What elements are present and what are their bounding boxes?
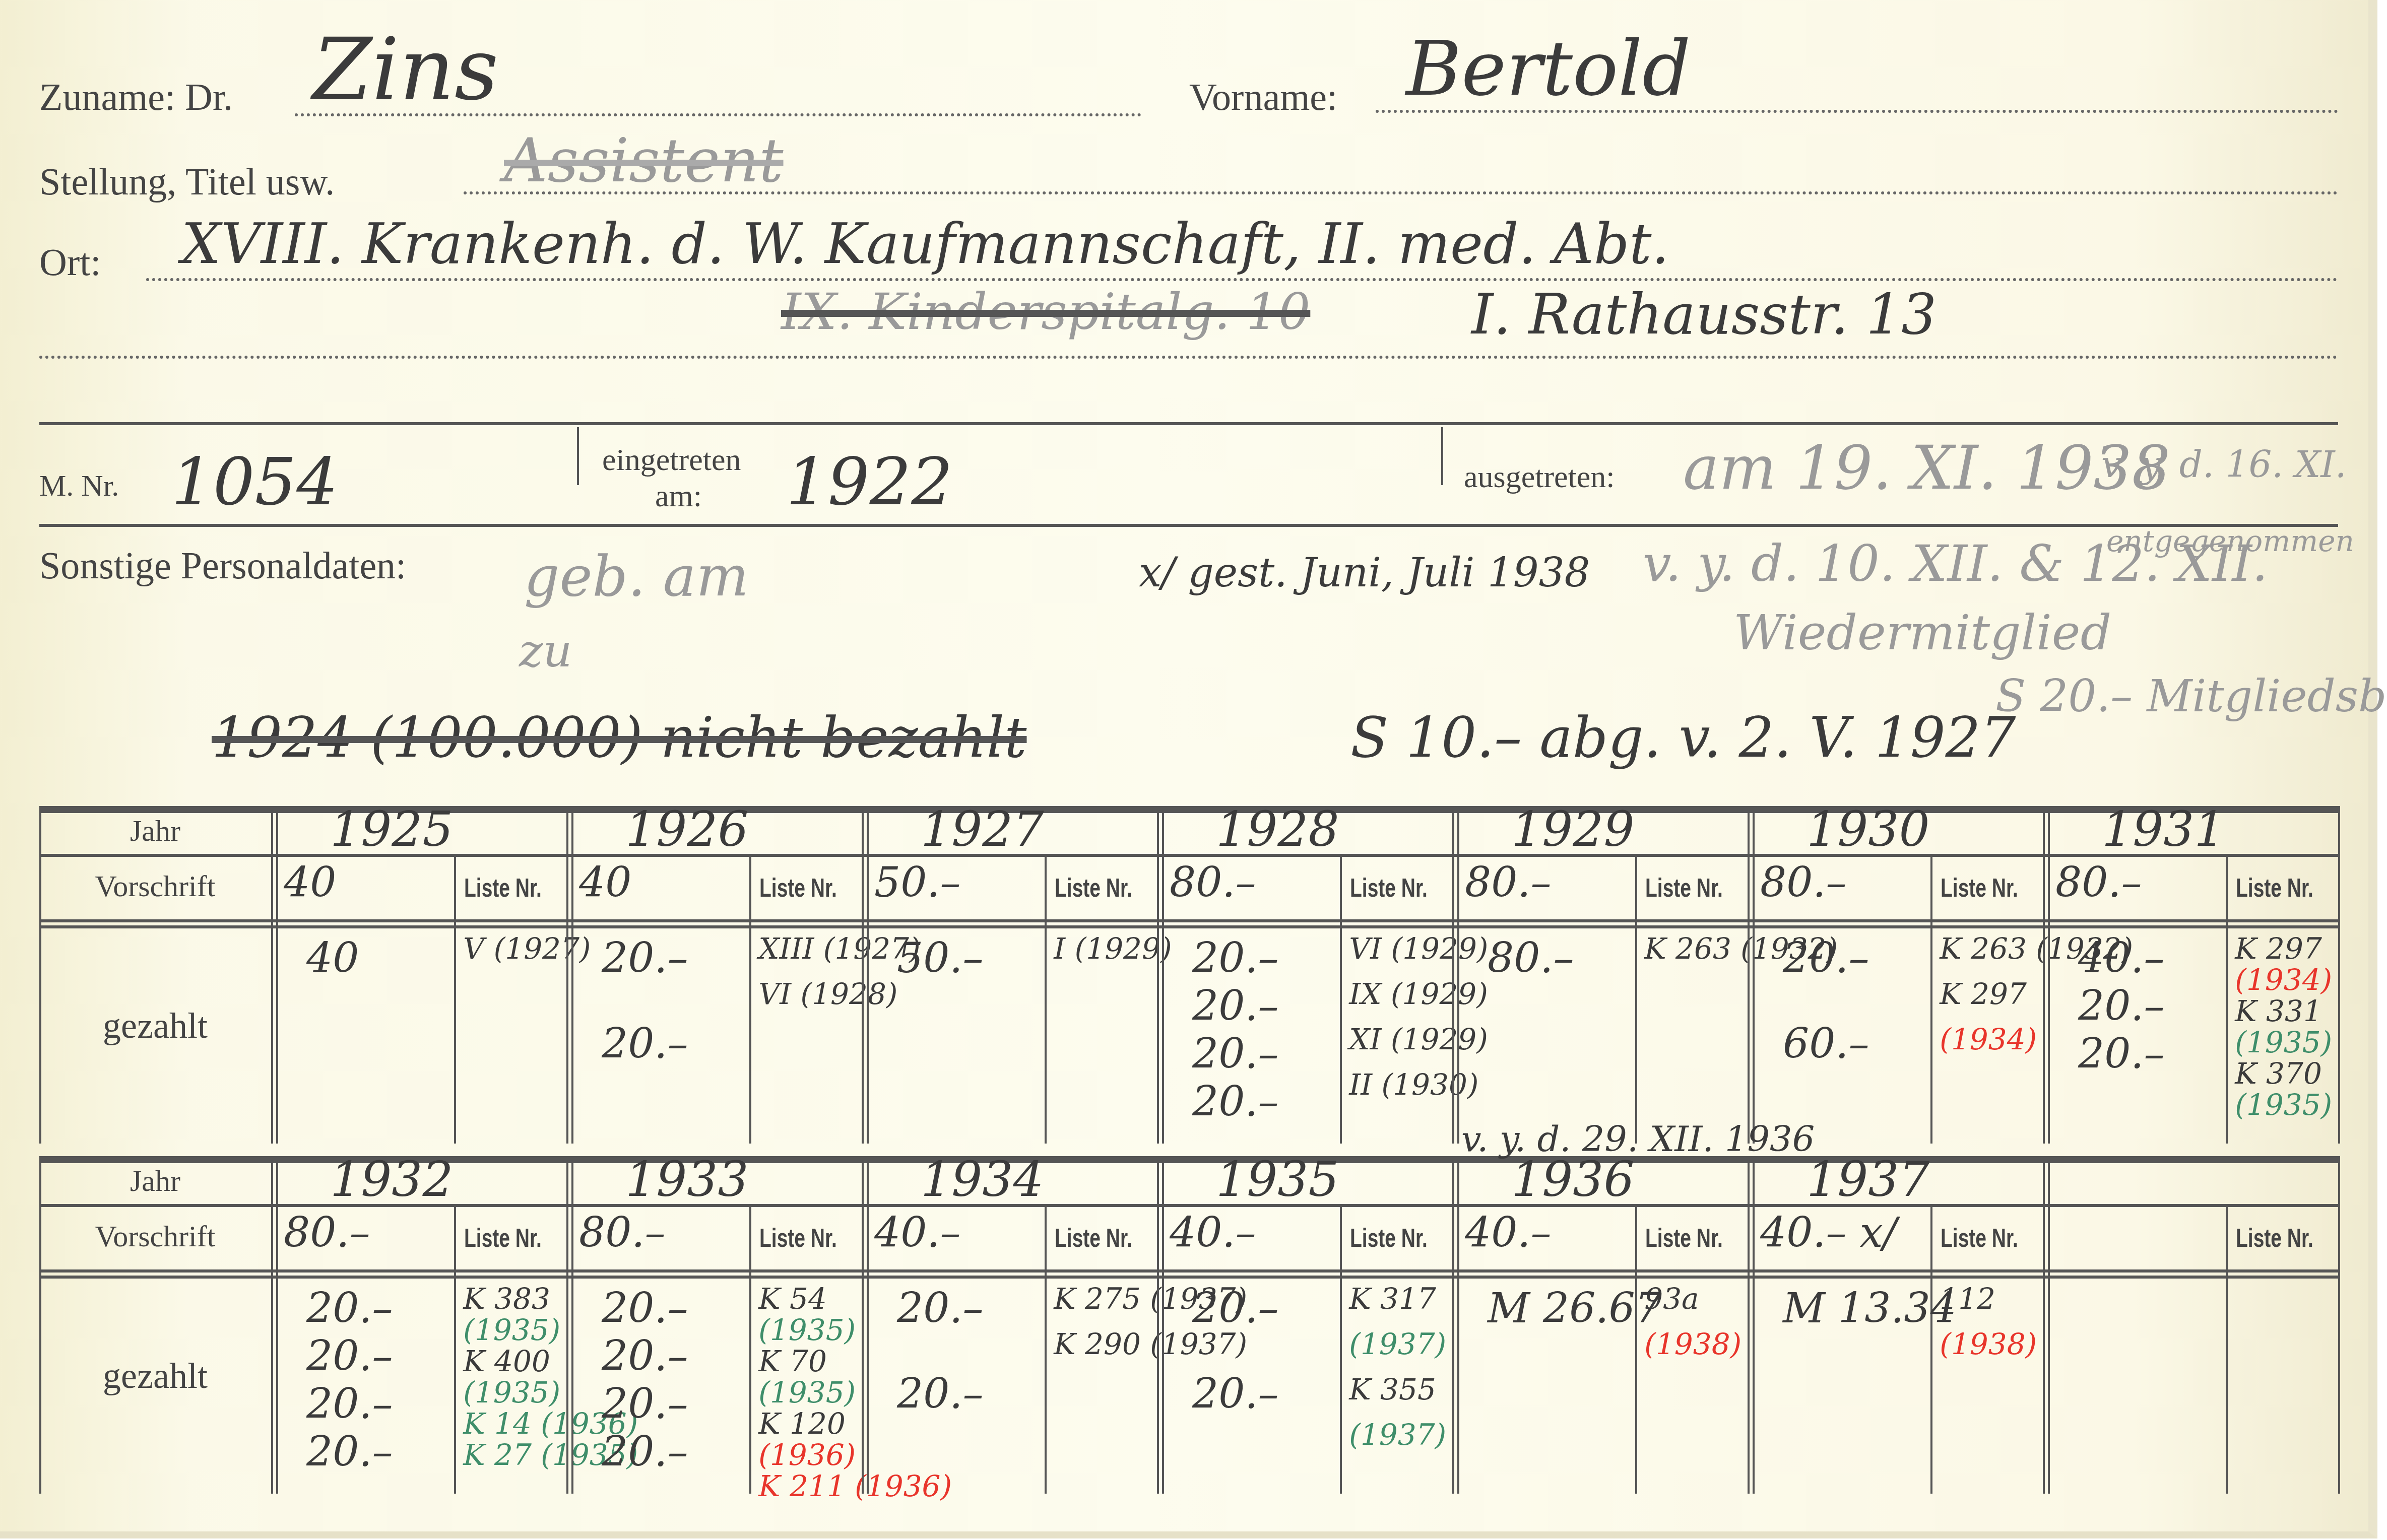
divider <box>39 422 2338 425</box>
required-amount: 40.– <box>1170 1209 1256 1257</box>
required-amount: 40 <box>284 859 336 907</box>
list-reference: K 297 <box>1940 977 2026 1011</box>
paid-amount: 20.– <box>897 1285 983 1332</box>
column-divider <box>571 806 573 1144</box>
row-divider <box>39 1276 2338 1279</box>
list-number-label: Liste Nr. <box>2236 1223 2313 1253</box>
column-divider <box>1157 806 1159 1144</box>
list-number-label: Liste Nr. <box>1350 1223 1428 1253</box>
list-reference: K 54 <box>758 1282 827 1316</box>
column-divider <box>862 1156 864 1494</box>
row-divider <box>39 1269 2338 1273</box>
list-number-label: Liste Nr. <box>1645 1223 1723 1253</box>
list-reference: K 331 <box>2235 994 2321 1028</box>
position-line <box>464 191 2338 194</box>
required-amount: 80.– <box>2055 859 2142 907</box>
note-vyd: v. y. d. 10. XII. & 12. XII. <box>1643 534 2268 593</box>
paid-amount: 50.– <box>897 934 983 982</box>
paid-amount: 20.– <box>1192 934 1278 982</box>
surname-value: Zins <box>312 20 498 120</box>
firstname-label: Vorname: <box>1189 76 1337 119</box>
column-divider <box>276 806 278 1144</box>
required-amount: 80.– <box>284 1209 370 1257</box>
column-divider <box>1157 1156 1159 1494</box>
list-reference: IX (1929) <box>1349 977 1488 1011</box>
column-divider <box>862 806 864 1144</box>
list-reference: K 355 <box>1349 1373 1436 1407</box>
list-reference: K 317 <box>1349 1282 1436 1316</box>
row-label-required: Vorschrift <box>39 1219 271 1254</box>
paid-amount: 20.– <box>602 934 688 982</box>
year-value: 1933 <box>625 1151 748 1208</box>
column-divider <box>867 1156 869 1494</box>
column-divider <box>2048 806 2050 1144</box>
born-label: geb. am <box>524 544 749 609</box>
joined-value: 1922 <box>786 443 953 520</box>
year-value: 1927 <box>921 801 1044 857</box>
paid-amount: 20.– <box>897 1370 983 1418</box>
paid-amount: 20.– <box>602 1380 688 1428</box>
list-reference: K 383 <box>463 1282 550 1316</box>
location-line <box>146 278 2338 281</box>
row-label-paid: gezahlt <box>39 1005 271 1047</box>
born-place-label: zu <box>519 625 572 678</box>
list-number-label: Liste Nr. <box>1055 1223 1132 1253</box>
paid-amount: 20.– <box>306 1380 393 1428</box>
left-label: ausgetreten: <box>1464 459 1615 495</box>
required-amount: 40 <box>579 859 631 907</box>
year-value: 1935 <box>1216 1151 1339 1208</box>
column-divider <box>2043 1156 2045 1494</box>
note-fee: S 20.– Mitgliedsbeitrag <box>1995 670 2387 722</box>
list-reference: VI (1928) <box>758 977 897 1011</box>
row-divider <box>39 919 2338 922</box>
member-no-value: 1054 <box>171 443 338 520</box>
note-rejoined: Wiedermitglied <box>1733 605 2111 661</box>
list-reference: (1936) <box>758 1438 856 1472</box>
paid-amount: M 13.34 <box>1783 1285 1957 1332</box>
subcolumn-divider <box>1340 1204 1342 1494</box>
paid-amount: 20.– <box>602 1285 688 1332</box>
subcolumn-divider <box>454 854 456 1144</box>
list-reference: (1934) <box>1940 1023 2037 1056</box>
list-number-label: Liste Nr. <box>464 873 542 903</box>
list-reference: K 290 (1937) <box>1054 1327 1247 1361</box>
column-divider <box>1457 806 1459 1144</box>
list-reference: XI (1929) <box>1349 1023 1488 1056</box>
subcolumn-divider <box>454 1204 456 1494</box>
location-line-2-struck: IX. Kinderspitalg. 10 <box>781 282 1310 341</box>
required-amount: 50.– <box>874 859 960 907</box>
list-reference: K 120 <box>758 1407 845 1441</box>
column-divider <box>571 1156 573 1494</box>
list-reference: K 70 <box>758 1345 827 1378</box>
column-divider <box>1452 1156 1454 1494</box>
subcolumn-divider <box>749 854 751 1144</box>
extra-line <box>39 356 2338 359</box>
required-amount: 40.– x/ <box>1760 1209 1897 1257</box>
firstname-line <box>1376 110 2338 113</box>
paid-amount: 20.– <box>1192 1285 1278 1332</box>
subcolumn-divider <box>1045 854 1047 1144</box>
paid-amount: 20.– <box>602 1020 688 1068</box>
column-divider <box>566 1156 568 1494</box>
table-border <box>2338 806 2340 1144</box>
row-label-year: Jahr <box>39 1164 271 1198</box>
list-reference: (1937) <box>1349 1418 1446 1452</box>
list-number-label: Liste Nr. <box>1941 873 2018 903</box>
column-divider <box>1748 806 1750 1144</box>
left-value: am 19. XI. 1938 <box>1683 433 2170 503</box>
paid-amount: 20.– <box>1783 934 1869 982</box>
list-reference: (1935) <box>758 1376 856 1410</box>
year-value: 1931 <box>2102 801 2225 857</box>
year-value: 1925 <box>330 801 453 857</box>
list-reference: (1938) <box>1644 1327 1741 1361</box>
year-value: 1934 <box>921 1151 1044 1208</box>
paid-amount: 20.– <box>2078 982 2164 1030</box>
subcolumn-divider <box>749 1204 751 1494</box>
column-divider <box>2048 1156 2050 1494</box>
list-reference: (1937) <box>1349 1327 1446 1361</box>
list-reference: 93a <box>1644 1282 1699 1316</box>
divider <box>577 427 579 485</box>
paid-amount: 20.– <box>602 1428 688 1476</box>
list-reference: K 211 (1936) <box>758 1469 952 1503</box>
list-reference: K 370 <box>2235 1057 2321 1091</box>
paid-amount: 40 <box>306 934 359 982</box>
other-data-label: Sonstige Personaldaten: <box>39 544 406 588</box>
row-divider <box>39 925 2338 928</box>
year-value: 1926 <box>625 801 748 857</box>
paid-amount: 20.– <box>2078 1030 2164 1078</box>
paid-amount: 20.– <box>306 1285 393 1332</box>
member-no-label: M. Nr. <box>39 468 119 503</box>
required-amount: 80.– <box>1170 859 1256 907</box>
surname-line <box>295 113 1141 116</box>
subcolumn-divider <box>2226 1204 2228 1494</box>
subcolumn-divider <box>1930 1204 1932 1494</box>
paid-amount: 40.– <box>2078 934 2164 982</box>
column-divider <box>867 806 869 1144</box>
subcolumn-divider <box>1045 1204 1047 1494</box>
row-label-required: Vorschrift <box>39 869 271 904</box>
firstname-value: Bertold <box>1406 25 1691 113</box>
list-number-label: Liste Nr. <box>1645 873 1723 903</box>
required-amount: 40.– <box>874 1209 960 1257</box>
position-label: Stellung, Titel usw. <box>39 160 335 204</box>
required-amount: 40.– <box>1465 1209 1551 1257</box>
required-amount: 80.– <box>579 1209 665 1257</box>
list-reference: (1938) <box>1940 1327 2037 1361</box>
year-value: 1930 <box>1807 801 1929 857</box>
list-number-label: Liste Nr. <box>464 1223 542 1253</box>
list-reference: (1934) <box>2235 963 2332 997</box>
column-divider <box>1457 1156 1459 1494</box>
year-value: 1928 <box>1216 801 1339 857</box>
list-reference: (1935) <box>758 1313 856 1347</box>
membership-card: Zuname: Dr. Zins Vorname: Bertold Stellu… <box>0 0 2377 1538</box>
column-divider <box>271 806 273 1144</box>
paid-amount: 20.– <box>1192 982 1278 1030</box>
subcolumn-divider <box>2226 854 2228 1144</box>
column-divider <box>1162 806 1164 1144</box>
list-number-label: Liste Nr. <box>759 1223 837 1253</box>
list-number-label: Liste Nr. <box>1055 873 1132 903</box>
list-number-label: Liste Nr. <box>1350 873 1428 903</box>
list-reference: I (1929) <box>1054 932 1172 966</box>
column-divider <box>2043 806 2045 1144</box>
column-divider <box>271 1156 273 1494</box>
note-payment: S 10.– abg. v. 2. V. 1927 <box>1350 705 2016 770</box>
column-divider <box>1748 1156 1750 1494</box>
divider <box>39 524 2338 527</box>
column-divider <box>1753 1156 1755 1494</box>
list-reference: K 297 <box>2235 932 2321 966</box>
table-border <box>2338 1156 2340 1494</box>
list-number-label: Liste Nr. <box>759 873 837 903</box>
block-note: v. y. d. 29. XII. 1936 <box>1461 1118 1815 1160</box>
joined-label: eingetreten <box>602 442 741 478</box>
paid-amount: 20.– <box>602 1332 688 1380</box>
list-reference: (1935) <box>463 1376 560 1410</box>
note-death: x/ gest. Juni, Juli 1938 <box>1139 549 1590 596</box>
required-amount: 80.– <box>1465 859 1551 907</box>
paid-amount: 80.– <box>1488 934 1574 982</box>
list-number-label: Liste Nr. <box>2236 873 2313 903</box>
location-label: Ort: <box>39 241 101 285</box>
column-divider <box>1162 1156 1164 1494</box>
subcolumn-divider <box>1635 1204 1637 1494</box>
column-divider <box>566 806 568 1144</box>
year-value: 1937 <box>1807 1151 1929 1208</box>
row-label-paid: gezahlt <box>39 1355 271 1397</box>
paid-amount: 20.– <box>1192 1370 1278 1418</box>
year-value: 1929 <box>1511 801 1634 857</box>
table-border <box>39 806 41 1144</box>
subcolumn-divider <box>1930 854 1932 1144</box>
joined-label-am: am: <box>655 479 702 514</box>
left-note: v. y. d. 16. XI. <box>2101 443 2347 486</box>
list-reference: (1935) <box>2235 1088 2332 1122</box>
column-divider <box>1452 806 1454 1144</box>
list-reference: K 400 <box>463 1345 550 1378</box>
list-reference: VI (1929) <box>1349 932 1488 966</box>
paid-amount: 60.– <box>1783 1020 1869 1068</box>
column-divider <box>1753 806 1755 1144</box>
divider <box>1441 427 1443 485</box>
subcolumn-divider <box>1635 854 1637 1144</box>
list-reference: (1935) <box>463 1313 560 1347</box>
column-divider <box>276 1156 278 1494</box>
paid-amount: 20.– <box>1192 1030 1278 1078</box>
location-line-1: XVIII. Krankenh. d. W. Kaufmannschaft, I… <box>181 212 1669 276</box>
subcolumn-divider <box>1340 854 1342 1144</box>
row-label-year: Jahr <box>39 814 271 848</box>
location-line-2: I. Rathausstr. 13 <box>1471 282 1937 347</box>
list-reference: 112 <box>1940 1282 1995 1316</box>
paid-amount: M 26.67 <box>1488 1285 1661 1332</box>
list-reference: (1935) <box>2235 1026 2332 1059</box>
surname-label: Zuname: Dr. <box>39 76 233 119</box>
paid-amount: 20.– <box>1192 1078 1278 1126</box>
position-value: Assistent <box>504 126 784 196</box>
list-number-label: Liste Nr. <box>1941 1223 2018 1253</box>
paid-amount: 20.– <box>306 1428 393 1476</box>
paid-amount: 20.– <box>306 1332 393 1380</box>
table-border <box>39 1156 41 1494</box>
year-value: 1932 <box>330 1151 453 1208</box>
list-reference: XIII (1927) <box>758 932 920 966</box>
required-amount: 80.– <box>1760 859 1846 907</box>
note-unpaid-struck: 1924 (100.000) nicht bezahlt <box>212 705 1027 770</box>
